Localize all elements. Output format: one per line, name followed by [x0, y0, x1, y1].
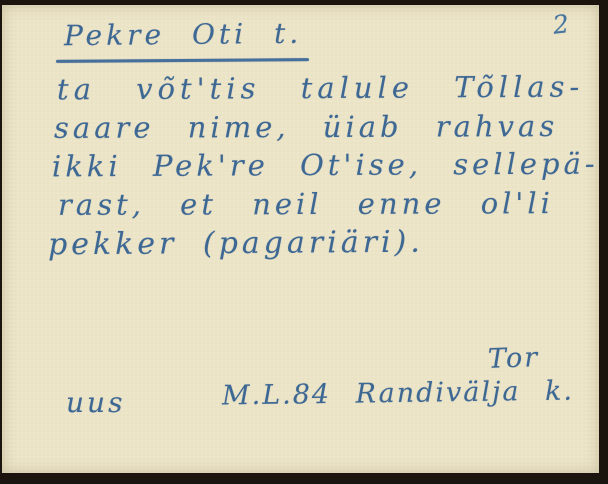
footer-note: uus	[66, 386, 125, 419]
parish-abbreviation: Tor	[487, 342, 539, 375]
collector-reference: M.L.84 Randivälja k.	[222, 376, 574, 412]
card-title: Pekre Oti t.	[64, 17, 303, 52]
body-line: pekker (pagariäri).	[48, 225, 424, 263]
body-line: saare nime, üiab rahvas	[54, 109, 558, 145]
body-line: rast, et neil enne ol'li	[58, 186, 554, 222]
index-card: 2 Pekre Oti t. ta võt'tis talule Tõllas-…	[2, 5, 599, 473]
title-underline	[56, 58, 309, 63]
scanned-card-photo: 2 Pekre Oti t. ta võt'tis talule Tõllas-…	[0, 0, 608, 484]
body-line: ikki Pek're Ot'ise, sellepä-	[52, 147, 599, 184]
page-number: 2	[552, 9, 571, 40]
body-line: ta võt'tis talule Tõllas-	[57, 70, 584, 107]
